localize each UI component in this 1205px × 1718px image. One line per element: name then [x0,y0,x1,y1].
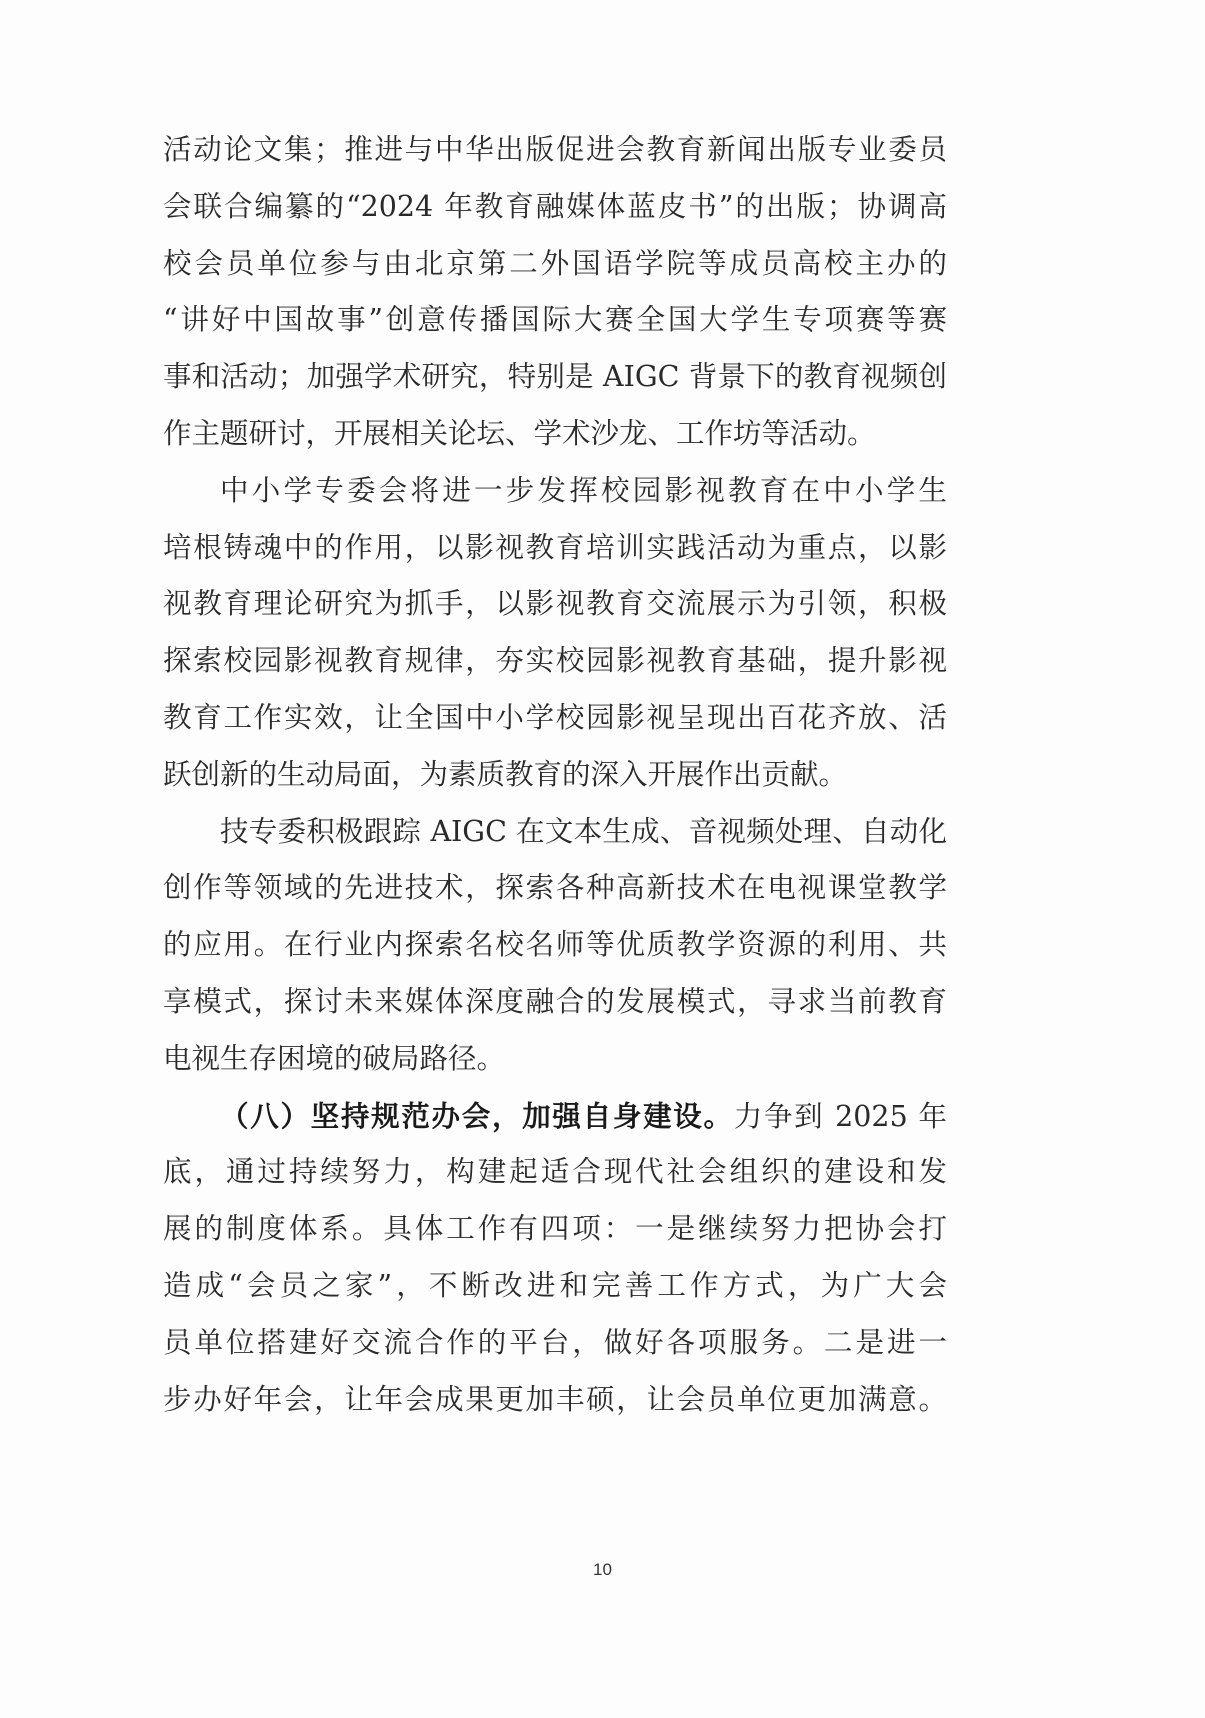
text-line: 培根铸魂中的作用，以影视教育培训实践活动为重点，以影 [163,520,947,577]
text-line: 探索校园影视教育规律，夯实校园影视教育基础，提升影视 [163,633,947,690]
page-number: 10 [0,1560,1205,1580]
text-line: 步办好年会，让年会成果更加丰硕，让会员单位更加满意。 [163,1372,947,1429]
text-line: 员单位搭建好交流合作的平台，做好各项服务。二是进一 [163,1315,947,1372]
text-line: “讲好中国故事”创意传播国际大赛全国大学生专项赛等赛 [163,292,947,349]
text-line: 享模式，探讨未来媒体深度融合的发展模式，寻求当前教育 [163,974,947,1031]
text-line: 展的制度体系。具体工作有四项：一是继续努力把协会打 [163,1201,947,1258]
text-line: 跃创新的生动局面，为素质教育的深入开展作出贡献。 [163,747,947,804]
text-line: 造成“会员之家”，不断改进和完善工作方式，为广大会 [163,1258,947,1315]
text-line: 会联合编纂的“2024 年教育融媒体蓝皮书”的出版；协调高 [163,179,947,236]
text-line: 电视生存困境的破局路径。 [163,1031,947,1088]
paragraph-first-line: 技专委积极跟踪 AIGC 在文本生成、音视频处理、自动化 [163,804,947,861]
text-line: 视教育理论研究为抓手，以影视教育交流展示为引领，积极 [163,576,947,633]
text-line: 作主题研讨，开展相关论坛、学术沙龙、工作坊等活动。 [163,406,947,463]
section-heading-line: （八）坚持规范办会，加强自身建设。力争到 2025 年 [163,1088,947,1145]
text-line: 创作等领域的先进技术，探索各种高新技术在电视课堂教学 [163,860,947,917]
section-heading: （八）坚持规范办会，加强自身建设。 [220,1099,734,1133]
text-line: 活动论文集；推进与中华出版促进会教育新闻出版专业委员 [163,122,947,179]
document-page: 活动论文集；推进与中华出版促进会教育新闻出版专业委员 会联合编纂的“2024 年… [0,0,1205,1718]
text-line: 底，通过持续努力，构建起适合现代社会组织的建设和发 [163,1144,947,1201]
text-line: 校会员单位参与由北京第二外国语学院等成员高校主办的 [163,236,947,293]
body-text: 活动论文集；推进与中华出版促进会教育新闻出版专业委员 会联合编纂的“2024 年… [163,122,947,1428]
heading-line-rest: 力争到 2025 年 [734,1100,947,1133]
text-line: 事和活动；加强学术研究，特别是 AIGC 背景下的教育视频创 [163,349,947,406]
text-line: 教育工作实效，让全国中小学校园影视呈现出百花齐放、活 [163,690,947,747]
paragraph-first-line: 中小学专委会将进一步发挥校园影视教育在中小学生 [163,463,947,520]
text-line: 的应用。在行业内探索名校名师等优质教学资源的利用、共 [163,917,947,974]
